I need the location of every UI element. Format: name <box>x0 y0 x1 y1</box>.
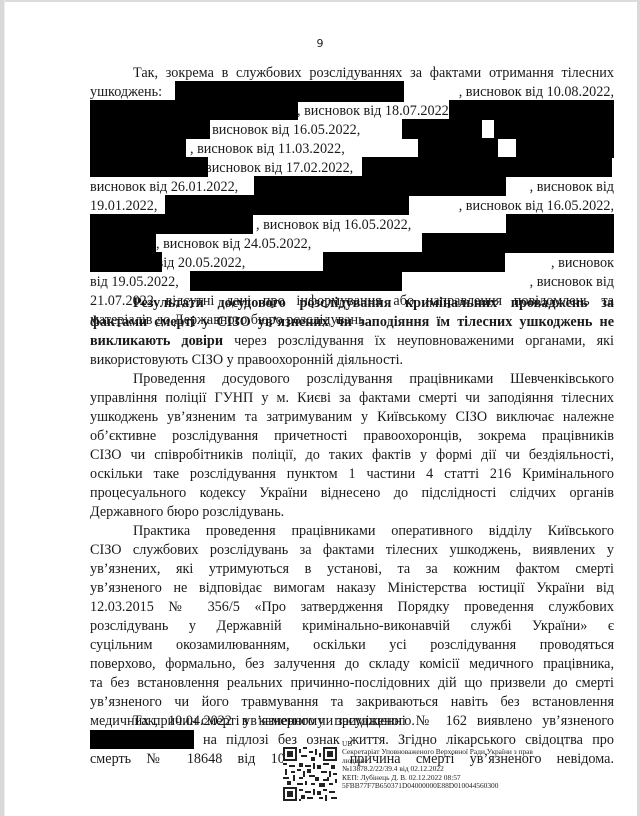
page-number: 9 <box>0 37 640 50</box>
redaction-box <box>90 119 210 139</box>
text-line: та без встановлення реальних причинно-по… <box>90 674 614 693</box>
stamp-details: UB Секретаріат Уповноваженого Верховної … <box>342 740 572 790</box>
redaction-box <box>90 730 194 749</box>
redaction-box <box>90 252 162 272</box>
text-line: Так, 10.04.2022 в камерному приміщенні №… <box>90 712 614 731</box>
text-line: поверхово, формально, без залучення до с… <box>90 655 614 674</box>
redaction-box <box>516 138 614 158</box>
text-line: Державного бюро розслідувань. <box>90 503 614 522</box>
text-line: Практика проведення працівниками операти… <box>90 522 614 541</box>
redaction-box <box>402 119 482 139</box>
text-line: викликають довіри через розслідування їх… <box>90 332 614 351</box>
stamp-hash: 5FBB77F7B650371D04000000E88D010044560300 <box>342 782 572 790</box>
text-line: 12.03.2015 № 356/5 «Про затвердження Пор… <box>90 598 614 617</box>
redaction-box <box>254 176 506 196</box>
text-line: фактами смерті у СІЗО ув’язнених чи запо… <box>90 313 614 332</box>
text-line: СІЗО службових розслідувань за фактами т… <box>90 541 614 560</box>
redaction-box <box>175 81 404 102</box>
text-line: об’єктивне розслідування причетності пра… <box>90 427 614 446</box>
text-line: Результати досудового розслідування крим… <box>90 294 614 313</box>
redaction-box <box>422 233 614 253</box>
stamp-org: Секретаріат Уповноваженого Верховної Рад… <box>342 748 572 756</box>
text-line: СІЗО чи співробітників поліції, до таких… <box>90 446 614 465</box>
text-line: ув’язненого чи його травмування та закри… <box>90 693 614 712</box>
page-frame-top <box>0 0 640 2</box>
redaction-box <box>90 233 156 253</box>
text-line: ув’язненого не відповідає вимогам наказу… <box>90 579 614 598</box>
redaction-box <box>449 100 614 120</box>
redaction-box <box>506 214 614 234</box>
text-line: управління поліції ГУНП у м. Києві за фа… <box>90 389 614 408</box>
redaction-box <box>323 252 505 272</box>
redaction-box <box>90 157 208 177</box>
text-line: використовують СІЗО у правоохоронній дія… <box>90 351 614 370</box>
redaction-box <box>90 100 298 120</box>
redaction-box <box>494 119 614 139</box>
text-line: суцільним окозамилюванням, оскільки усі … <box>90 636 614 655</box>
qr-code-icon <box>283 739 337 809</box>
text-line: оскільки таке розслідування пунктом 1 ча… <box>90 465 614 484</box>
redaction-box <box>418 138 498 158</box>
redaction-box <box>190 271 402 291</box>
redaction-box <box>90 214 253 234</box>
text-line: ув’язнених, які утримуються в установі, … <box>90 560 614 579</box>
text-line: ушкоджень ув’язненим та затримуваним у К… <box>90 408 614 427</box>
text-line: Проведення досудового розслідування прац… <box>90 370 614 389</box>
redaction-box <box>90 138 186 158</box>
page-frame-left-inner <box>4 0 5 816</box>
redaction-box <box>362 157 612 177</box>
redaction-box <box>165 195 409 215</box>
text-line: процесуального кодексу України віднесено… <box>90 484 614 503</box>
text-line: розслідувань у Державній кримінально-вик… <box>90 617 614 636</box>
